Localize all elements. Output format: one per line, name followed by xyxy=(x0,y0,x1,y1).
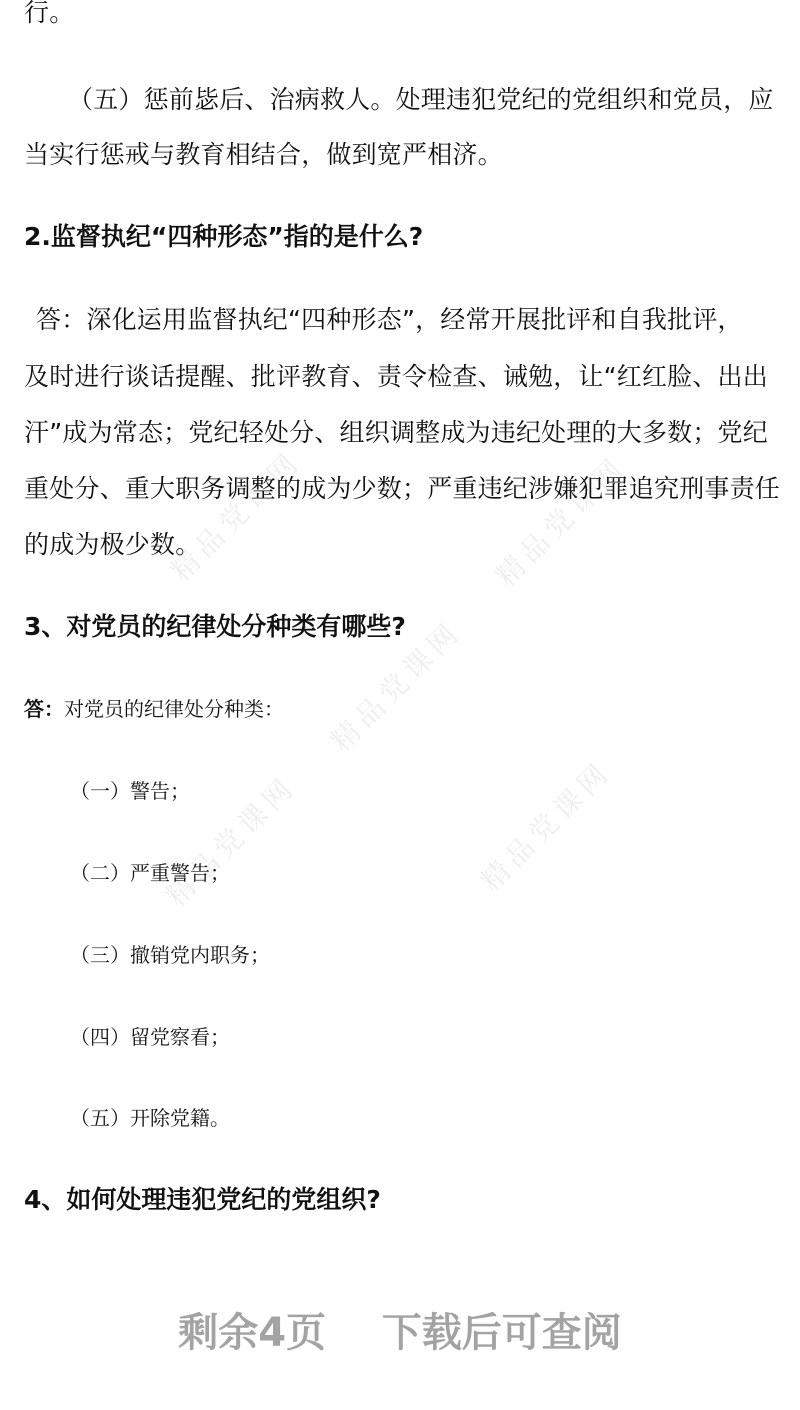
question-2-answer-line-5: 的成为极少数。 xyxy=(24,530,200,560)
answer-label: 答： xyxy=(24,697,64,721)
discipline-item: （一）警告； xyxy=(70,779,190,803)
question-3-heading: 3、对党员的纪律处分种类有哪些? xyxy=(24,612,406,642)
paragraph-tail: 行。 xyxy=(24,0,74,28)
remaining-pages-notice: 剩余4页 下载后可查阅 xyxy=(0,1310,800,1356)
question-3-answer-intro: 答：对党员的纪律处分种类： xyxy=(24,697,284,721)
question-2-answer-line-2: 及时进行谈话提醒、批评教育、责令检查、诫勉，让“红红脸、出出 xyxy=(24,362,768,392)
watermark: 精品党课网 xyxy=(161,441,310,590)
watermark: 精品党课网 xyxy=(486,446,635,595)
question-2-heading: 2.监督执纪“四种形态”指的是什么? xyxy=(24,222,423,252)
question-2-answer-line-1: 答：深化运用监督执纪“四种形态”，经常开展批评和自我批评， xyxy=(36,305,743,335)
principle-five-line-2: 当实行惩戒与教育相结合，做到宽严相济。 xyxy=(24,140,503,170)
question-4-heading: 4、如何处理违犯党纪的党组织? xyxy=(24,1185,381,1215)
question-2-answer-line-3: 汗”成为常态；党纪轻处分、组织调整成为违纪处理的大多数；党纪 xyxy=(24,418,768,448)
answer-intro-text: 对党员的纪律处分种类： xyxy=(64,697,284,721)
question-2-answer-line-4: 重处分、重大职务调整的成为少数；严重违纪涉嫌犯罪追究刑事责任 xyxy=(24,474,780,504)
discipline-item: （二）严重警告； xyxy=(70,861,230,885)
discipline-item: （三）撤销党内职务； xyxy=(70,943,270,967)
discipline-item: （四）留党察看； xyxy=(70,1025,230,1049)
watermark: 精品党课网 xyxy=(471,751,620,900)
principle-five-line-1: （五）惩前毖后、治病救人。处理违犯党纪的党组织和党员，应 xyxy=(68,85,774,115)
discipline-item: （五）开除党籍。 xyxy=(70,1106,230,1130)
